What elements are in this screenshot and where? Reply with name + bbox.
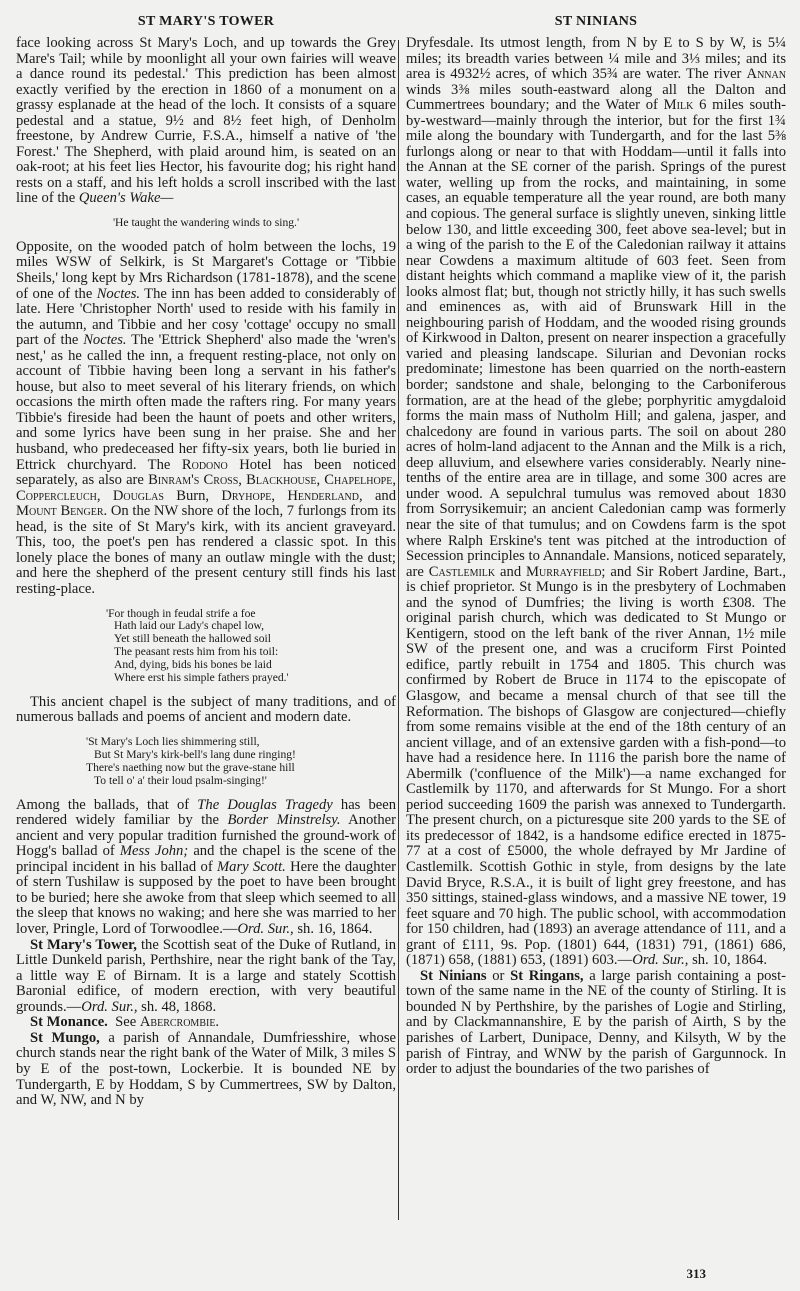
entry-st-ninians: St Ninians or St Ringans, a large parish… <box>406 969 786 1078</box>
headword: St Monance. <box>30 1014 108 1030</box>
headword: St Mary's Tower, <box>30 937 137 953</box>
entry-st-monance: St Monance. See Abercrombie. <box>16 1015 396 1031</box>
headword: St Mungo, <box>30 1030 100 1046</box>
gazetteer-page: ST MARY'S TOWER face looking across St M… <box>0 0 800 1291</box>
column-divider <box>398 40 399 1220</box>
headword: St Ringans, <box>510 968 583 984</box>
verse-st-marys-loch: 'St Mary's Loch lies shimmering still, B… <box>16 736 396 788</box>
headword: St Ninians <box>420 968 487 984</box>
paragraph-monument: face looking across St Mary's Loch, and … <box>16 36 396 207</box>
paragraph-ballads: Among the ballads, that of The Douglas T… <box>16 798 396 938</box>
left-column: ST MARY'S TOWER face looking across St M… <box>16 0 396 1109</box>
cross-reference: Abercrombie. <box>140 1014 219 1030</box>
entry-st-mungo: St Mungo, a parish of Annandale, Dumfrie… <box>16 1031 396 1109</box>
right-column: ST NINIANS Dryfesdale. Its utmost length… <box>406 0 786 1078</box>
paragraph-tibbie-sheils: Opposite, on the wooded patch of holm be… <box>16 240 396 598</box>
paragraph-st-mungo-continued: Dryfesdale. Its utmost length, from N by… <box>406 36 786 969</box>
entry-st-marys-tower: St Mary's Tower, the Scottish seat of th… <box>16 938 396 1016</box>
verse-feudal-strife: 'For though in feudal strife a foe Hath … <box>16 608 396 685</box>
page-number: 313 <box>687 1266 707 1282</box>
quote-queens-wake: 'He taught the wandering winds to sing.' <box>16 217 396 230</box>
paragraph-ancient-chapel: This ancient chapel is the subject of ma… <box>16 695 396 726</box>
running-head-right: ST NINIANS <box>406 14 786 36</box>
running-head-left: ST MARY'S TOWER <box>16 14 396 36</box>
